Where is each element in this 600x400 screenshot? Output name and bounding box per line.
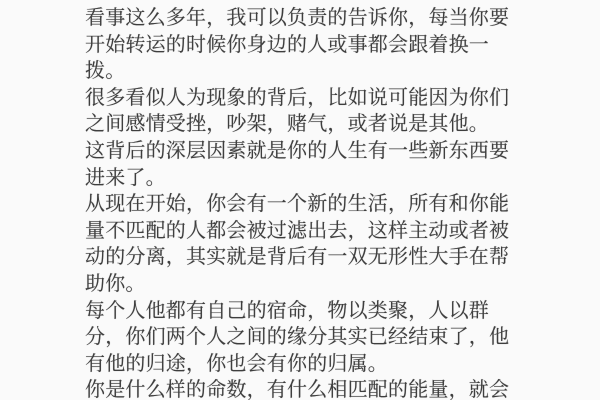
text-line: 每个人他都有自己的宿命，物以类聚，人以群: [85, 298, 555, 325]
text-line: 看事这么多年，我可以负责的告诉你，每当你要: [85, 5, 555, 32]
text-line: 开始转运的时候你身边的人或事都会跟着换一: [85, 32, 555, 59]
text-block: 看事这么多年，我可以负责的告诉你，每当你要 开始转运的时候你身边的人或事都会跟着…: [85, 5, 555, 400]
text-line: 助你。: [85, 271, 555, 298]
document-page: 看事这么多年，我可以负责的告诉你，每当你要 开始转运的时候你身边的人或事都会跟着…: [0, 0, 600, 400]
text-line: 有他的归途，你也会有你的归属。: [85, 351, 555, 378]
text-line: 量不匹配的人都会被过滤出去，这样主动或者被: [85, 218, 555, 245]
text-line: 进来了。: [85, 165, 555, 192]
text-line: 你是什么样的命数，有什么相匹配的能量，就会: [85, 377, 555, 400]
text-line: 从现在开始，你会有一个新的生活，所有和你能: [85, 191, 555, 218]
text-line: 这背后的深层因素就是你的人生有一些新东西要: [85, 138, 555, 165]
text-line: 很多看似人为现象的背后，比如说可能因为你们: [85, 85, 555, 112]
text-line: 动的分离，其实就是背后有一双无形性大手在帮: [85, 244, 555, 271]
text-line: 之间感情受挫，吵架，赌气，或者说是其他。: [85, 111, 555, 138]
text-line: 拨。: [85, 58, 555, 85]
text-line: 分，你们两个人之间的缘分其实已经结束了，他: [85, 324, 555, 351]
